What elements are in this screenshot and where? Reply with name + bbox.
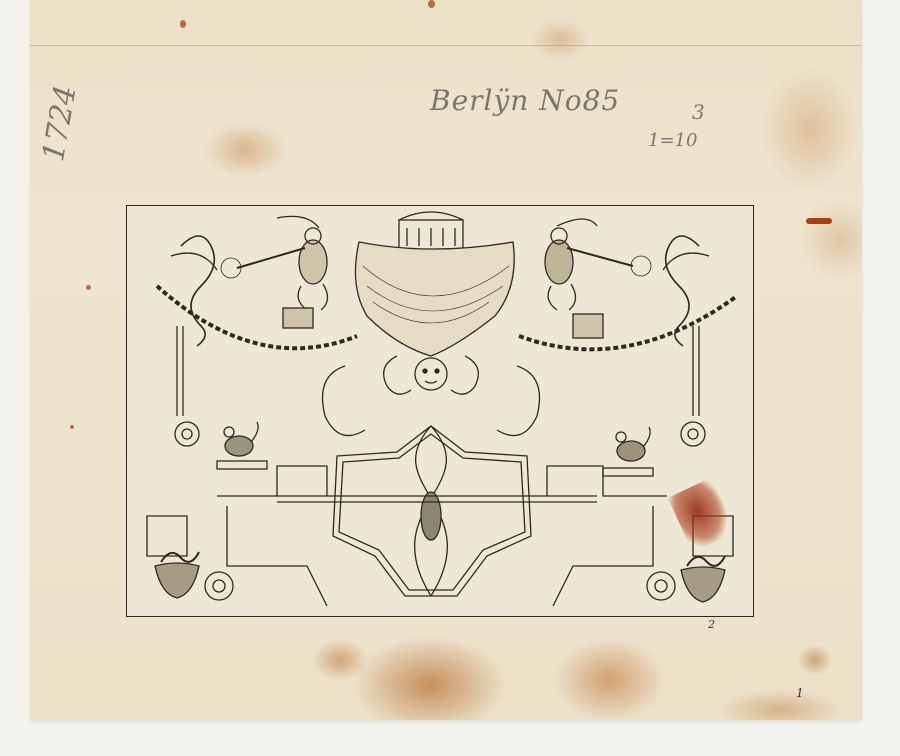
pencil-note-berlyn: Berlÿn No85 [430,84,620,117]
rooster-right [603,427,653,476]
pencil-note-fraction: 1=10 [648,130,697,151]
pencil-note-number: 3 [692,100,705,124]
ornament-drawing [127,206,753,616]
stain-dot [70,425,74,429]
stain-dot [428,0,435,8]
red-mark [806,218,832,224]
plate-number: 2 [708,618,715,631]
engraving-plate [126,205,754,617]
garland-right [519,296,737,349]
urn-left [155,552,199,598]
urn-right [681,556,725,602]
fold-line [30,45,862,46]
satyr-right [545,219,651,338]
satyr-left [221,216,328,328]
rooster-left [217,422,267,469]
stain-dot [86,285,91,290]
corner-mark: 1 [796,686,804,700]
stain-dot [180,20,186,28]
mascaron [323,356,540,436]
canopy [355,212,514,356]
